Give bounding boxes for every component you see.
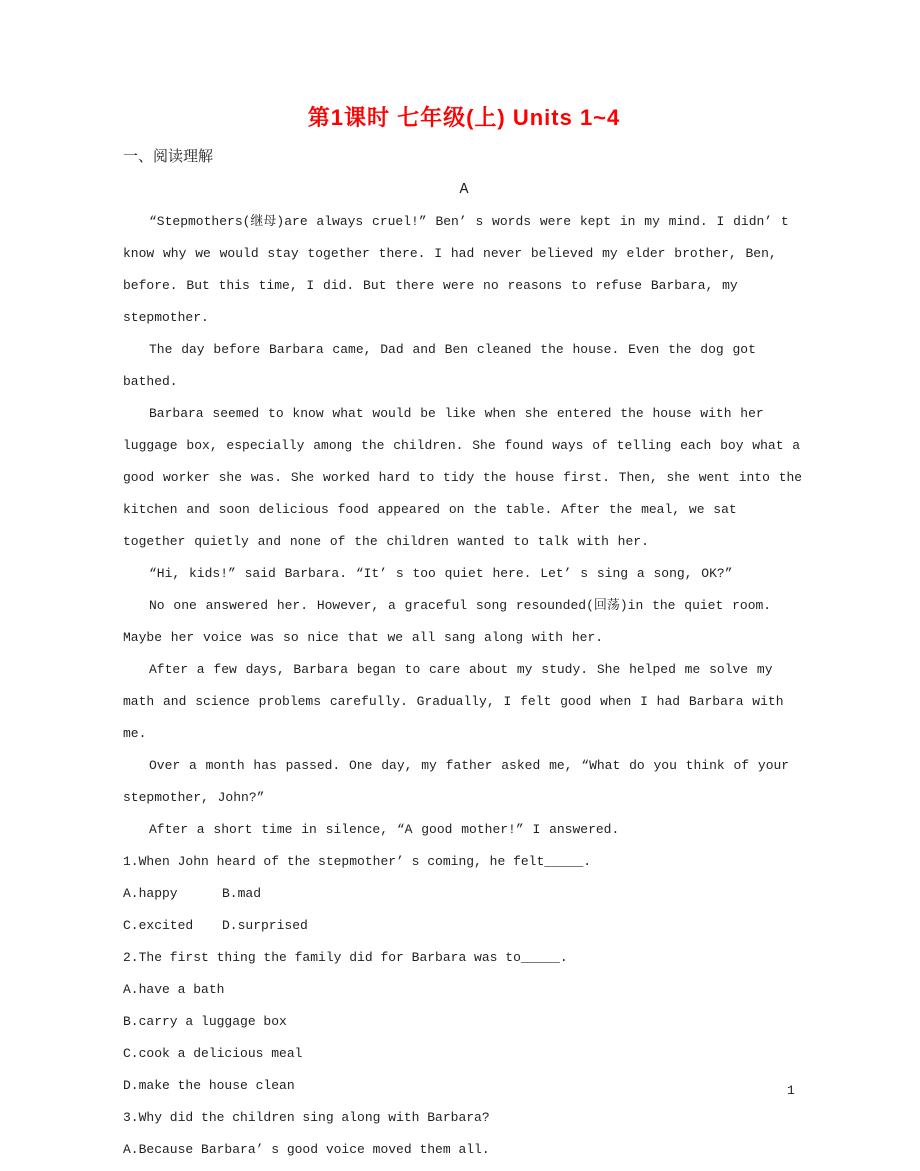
option-a: A.have a bath [123,974,805,1006]
passage-paragraph: After a few days, Barbara began to care … [123,654,805,750]
option-a: A.Because Barbara’ s good voice moved th… [123,1134,805,1166]
passage-label: A [123,174,805,206]
question-3: 3.Why did the children sing along with B… [123,1102,805,1166]
passage: “Stepmothers(继母)are always cruel!” Ben’ … [123,206,805,846]
option-c: C.excited [123,910,222,942]
page-title: 第1课时 七年级(上) Units 1~4 [123,100,805,136]
passage-paragraph: “Stepmothers(继母)are always cruel!” Ben’ … [123,206,805,334]
question-1: 1.When John heard of the stepmother’ s c… [123,846,805,942]
option-b: B.carry a luggage box [123,1006,805,1038]
passage-paragraph: The day before Barbara came, Dad and Ben… [123,334,805,398]
option-a: A.happy [123,878,222,910]
question-stem: 3.Why did the children sing along with B… [123,1102,805,1134]
worksheet-page: 第1课时 七年级(上) Units 1~4 一、阅读理解 A “Stepmoth… [0,0,920,1171]
passage-paragraph: “Hi, kids!” said Barbara. “It’ s too qui… [123,558,805,590]
question-2: 2.The first thing the family did for Bar… [123,942,805,1102]
option-c: C.cook a delicious meal [123,1038,805,1070]
question-stem: 1.When John heard of the stepmother’ s c… [123,846,805,878]
option-row: C.excitedD.surprised [123,910,805,942]
option-d: D.surprised [222,918,308,933]
passage-paragraph: No one answered her. However, a graceful… [123,590,805,654]
passage-paragraph: Over a month has passed. One day, my fat… [123,750,805,814]
page-number: 1 [787,1082,795,1100]
passage-paragraph: Barbara seemed to know what would be lik… [123,398,805,558]
document-content: 第1课时 七年级(上) Units 1~4 一、阅读理解 A “Stepmoth… [123,100,805,1166]
option-b: B.mad [222,886,261,901]
option-row: A.happyB.mad [123,878,805,910]
question-stem: 2.The first thing the family did for Bar… [123,942,805,974]
option-d: D.make the house clean [123,1070,805,1102]
section-heading-reading-comprehension: 一、阅读理解 [123,142,805,174]
passage-paragraph: After a short time in silence, “A good m… [123,814,805,846]
